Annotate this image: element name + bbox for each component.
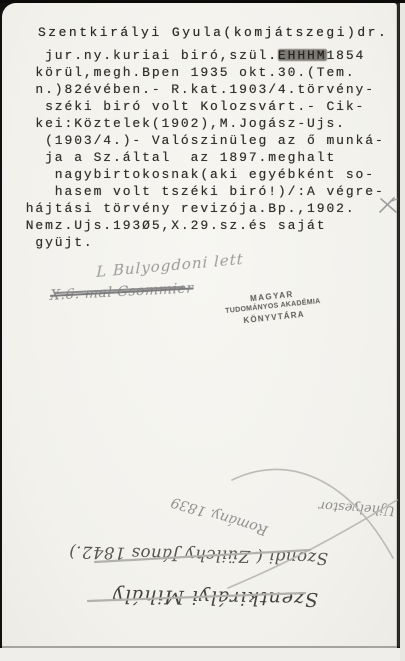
- scanned-index-card: Szentkirályi Gyula(komjátszegi)dr. jur.n…: [0, 0, 405, 661]
- typed-text-block: jur.ny.kuriai biró,szül.EHHHM1854 körül,…: [16, 47, 385, 251]
- typed-line: körül,megh.Bpen 1935 okt.30.(Tem.: [16, 64, 385, 81]
- reversed-handwriting-name-crossed: Szentkirályi Mihály: [66, 584, 318, 610]
- typed-line: jur.ny.kuriai biró,szül.EHHHM1854: [16, 47, 385, 64]
- typed-line: nagybirtokosnak(aki egyébként so-: [16, 166, 385, 183]
- typed-line: széki biró volt Kolozsvárt.- Cik-: [16, 98, 385, 115]
- typed-line: ja a Sz.által az 1897.meghalt: [16, 149, 385, 166]
- typed-line: kei:Köztelek(1902),M.Jogász-Ujs.: [16, 115, 385, 132]
- typewriter-overstrike-smudge: [278, 49, 327, 61]
- card-title-line: Szentkirályi Gyula(komjátszegi)dr.: [38, 25, 388, 40]
- underlying-card-strip-bottom: [0, 648, 400, 661]
- typed-line: (1903/4.)- Valószinüleg az ő munká-: [16, 132, 385, 149]
- underlying-card-strip-right: [400, 2, 405, 661]
- typed-line: gyüjt.: [16, 234, 385, 251]
- typed-line: hájtási törvény revizója.Bp.,1902.: [16, 200, 385, 217]
- typed-line: Nemz.Ujs.193Ø5,X.29.sz.és saját: [16, 217, 385, 234]
- typed-line: n.)82évében.- R.kat.1903/4.törvény-: [16, 81, 385, 98]
- typed-line: hasem volt tszéki biró!)/:A végre-: [16, 183, 385, 200]
- scan-frame-top: [0, 0, 405, 3]
